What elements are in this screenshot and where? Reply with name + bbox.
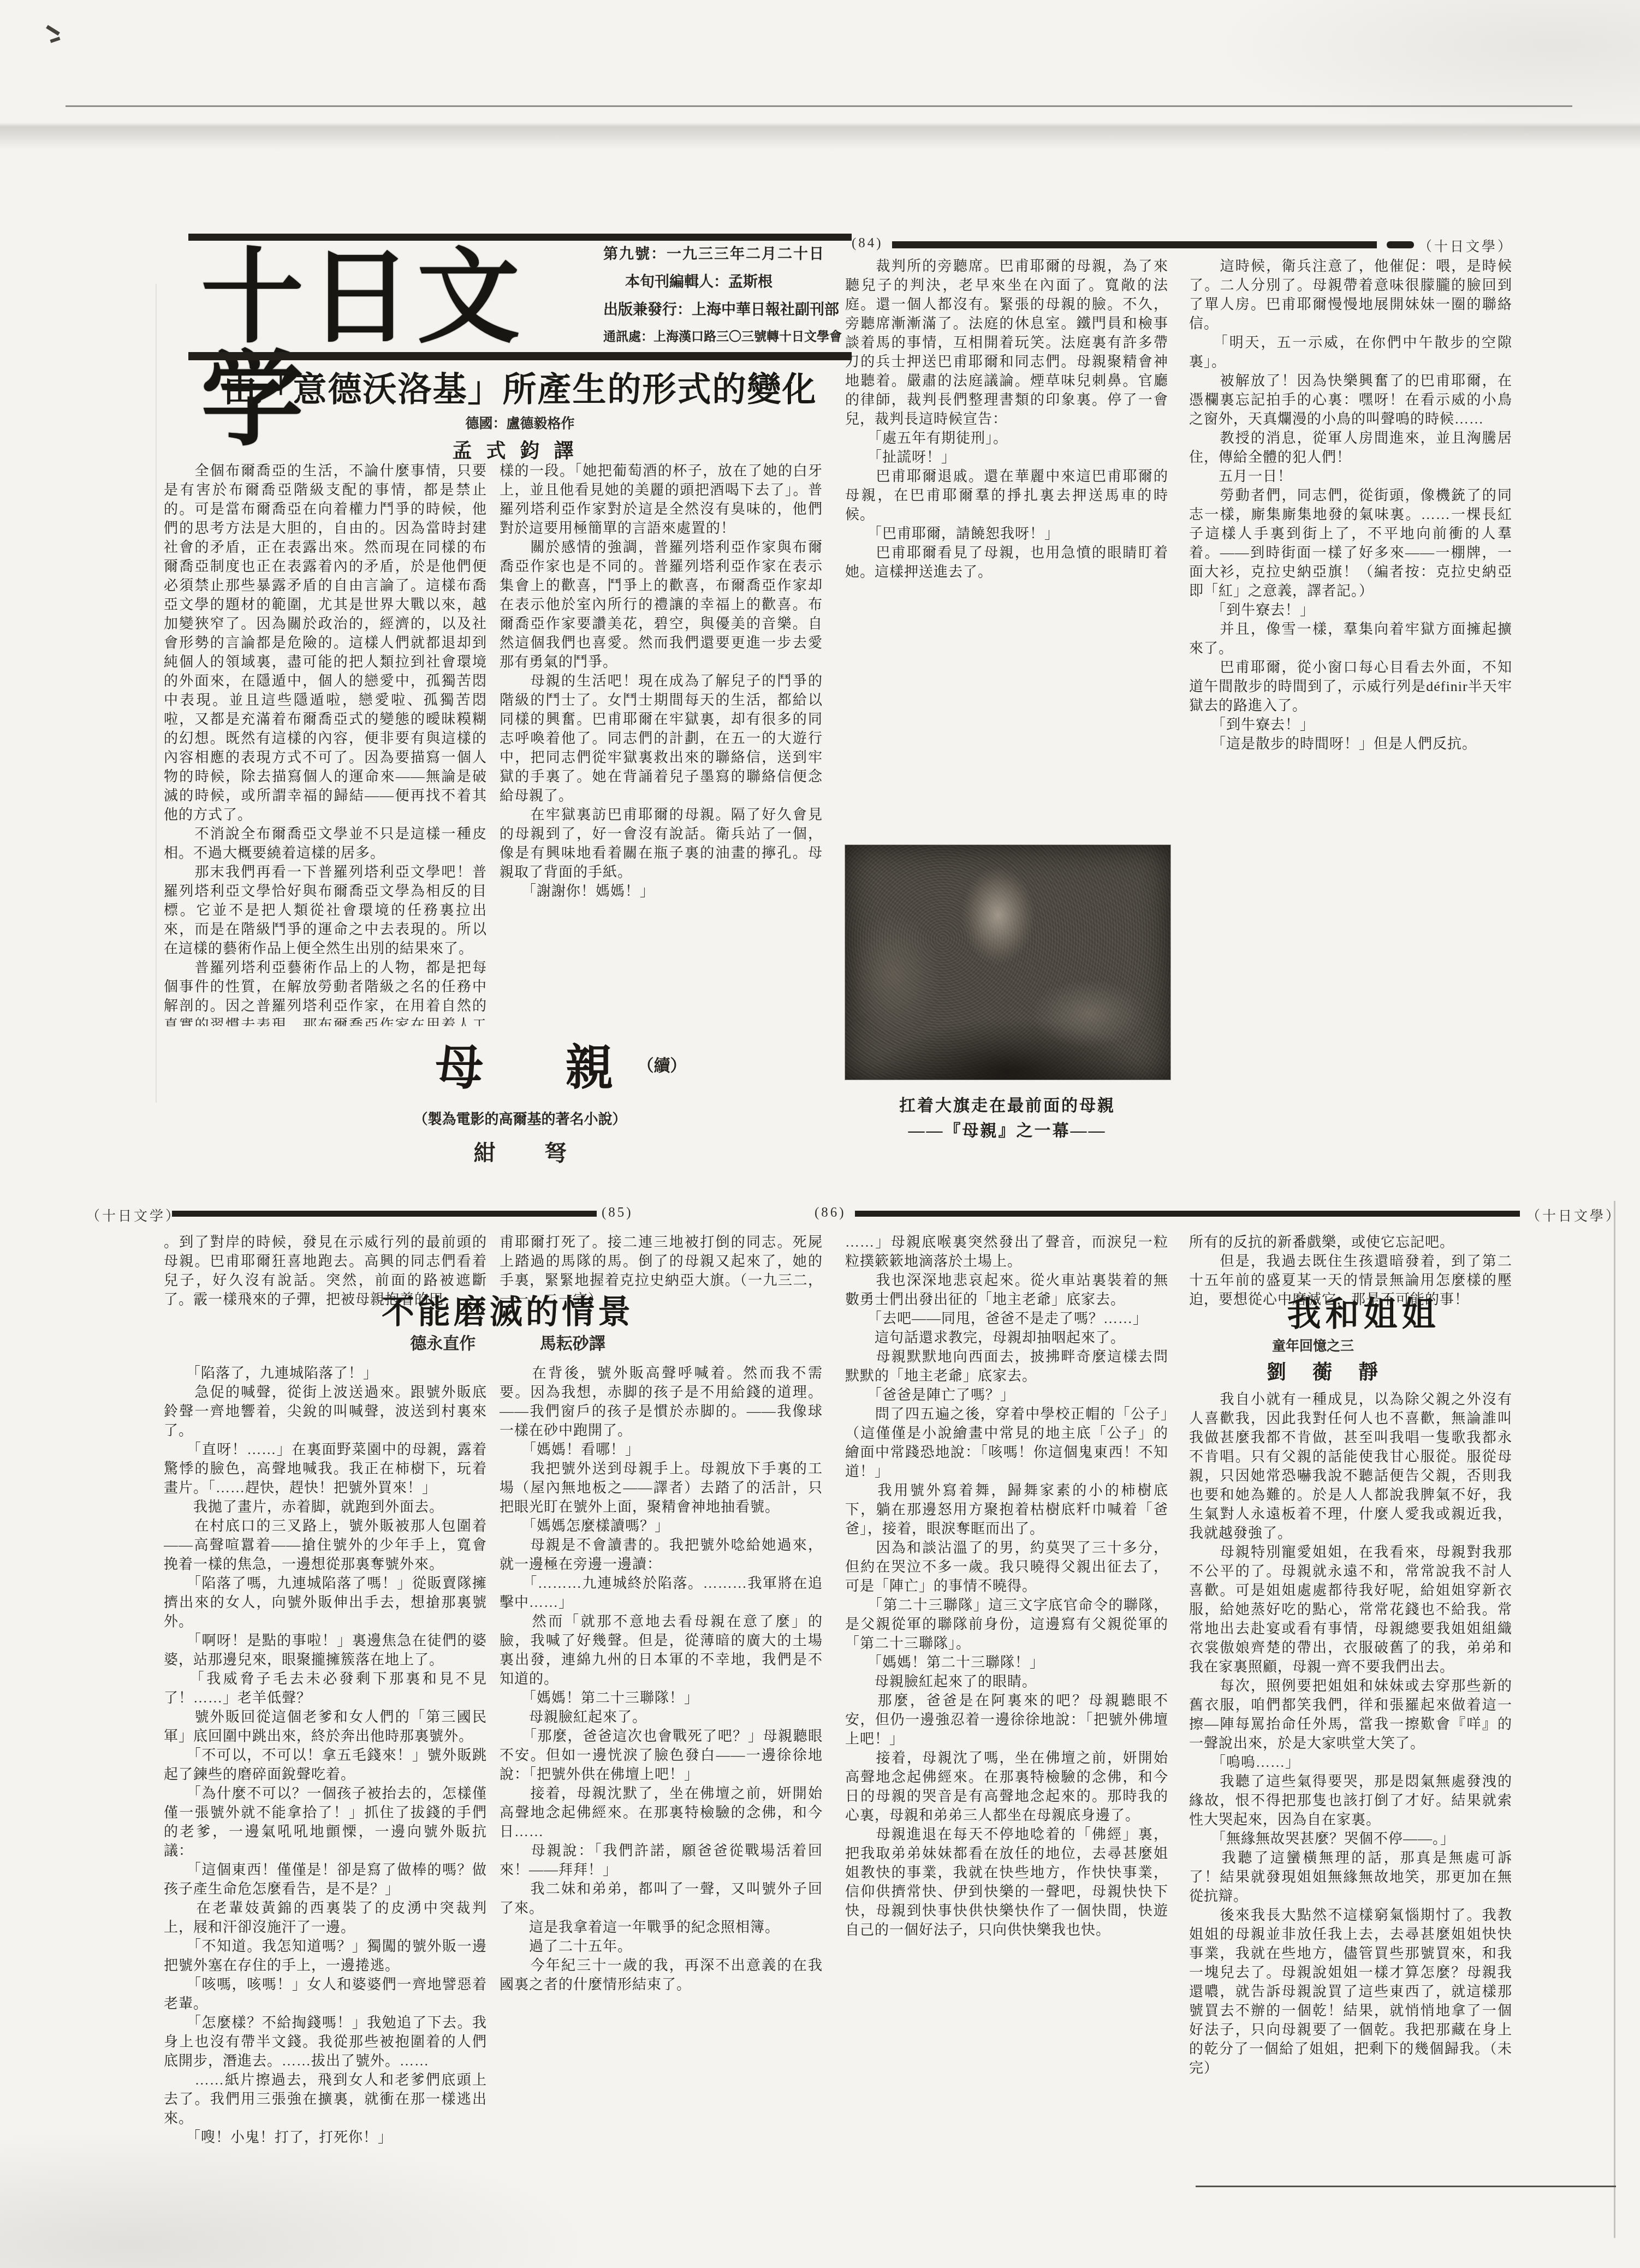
paragraph: 母親的生活吧！現在成為了解兒子的鬥爭的階級的鬥士了。女鬥士期間每天的生活，都給以… <box>500 671 823 805</box>
paragraph: 「………九連城終於陷落。………我軍將在追擊中……」 <box>500 1574 823 1612</box>
mother-title-row: 母親 （續） <box>188 1029 852 1098</box>
publication-info: 第九號：一九三三年二月二十日 本旬刊編輯人：孟斯根 出版兼發行：上海中華日報社副… <box>603 247 865 356</box>
top-band-rule <box>892 241 1377 248</box>
paragraph: 「第二十三聯隊」這三文字底官命令的聯隊，是父親從軍的聯隊前身份，這邊寫有父親從軍… <box>845 1596 1168 1653</box>
scan-speck <box>50 37 61 43</box>
paragraph: 「媽媽！看哪！」 <box>500 1440 823 1459</box>
paragraph: 「媽媽！第二十三聯隊！」 <box>500 1688 823 1707</box>
paragraph: 我也深深地悲哀起來。從火車站裏裝着的無數勇士們出發出征的「地主老爺」底家去。 <box>845 1271 1168 1309</box>
journal-marker-top-right: （十日文學） <box>1418 236 1513 255</box>
paragraph: ……紙片擦過去，飛到女人和老爹們底頭上去了。我們用三張強在擴裏，就衝在那一樣逃出… <box>164 2070 487 2128</box>
paragraph: 今年紀三十一歲的我，再深不出意義的在我國裏之者的什麼情形結束了。 <box>500 1956 823 1994</box>
mother-continued-tag: （續） <box>638 1057 687 1075</box>
page-edge-line <box>156 284 157 1103</box>
paragraph: 「媽媽怎麼樣讀嗎？」 <box>500 1516 823 1535</box>
paragraph: 「無緣無故哭甚麼？哭個不停——。」 <box>1189 1829 1512 1848</box>
paragraph: 「陷落了嗎，九連城陷落了嗎！」從販賣隊擁擠出來的女人，向號外販伸出手去，想搶那裏… <box>164 1574 487 1631</box>
paragraph: 巴甫耶爾退戚。還在華麗中來這巴甫耶爾的母親，在巴甫耶爾羣的掙扎裏去押送馬車的時候… <box>845 467 1168 524</box>
paragraph: 「不可以，不可以！拿五毛錢來！」號外販跳起了鍊些的磨碎面銳聲吃着。 <box>164 1746 487 1784</box>
paragraph: 巴甫耶爾看見了母親，也用急憤的眼睛盯着她。這樣押送進去了。 <box>845 543 1168 581</box>
paragraph: 這句話還求教完，母親却抽咽起來了。 <box>845 1328 1168 1347</box>
paragraph: 被解放了！因為快樂興奮了的巴甫耶爾，在憑欄裏忘記拍手的心裏：嘿呀！在看示威的小鳥… <box>1189 371 1512 428</box>
main-article-column-1: 全個布爾喬亞的生活，不論什麼事情，只要是有害於布爾喬亞階級支配的事情，都是禁止的… <box>164 461 487 1026</box>
paragraph: 「明天，五一示威，在你們中午散步的空隙裏」。 <box>1189 333 1512 371</box>
paragraph: 巴甫耶爾，從小窗口每心目看去外面，不知道午間散步的時間到了，示威行列是défin… <box>1189 658 1512 715</box>
sister-article-author: 劉蘅靜 <box>1267 1357 1404 1385</box>
paragraph: 「處五年有期徒刑」。 <box>845 428 1168 448</box>
top-band-dash <box>1387 241 1414 248</box>
paragraph: 接着，母親沈默了，坐在佛壇之前，妍開始高聲地念起佛經來。在那裏特檢驗的念佛，和今… <box>500 1784 823 1841</box>
sister-series-label: 童年回憶之三 <box>1272 1335 1354 1355</box>
paragraph: 母親說：「我們許諾，願爸爸從戰場活着回來！——拜拜！」 <box>500 1841 823 1879</box>
paragraph: 「直呀！……」在裏面野菜園中的母親，露着驚悸的臉色，高聲地喊我。我正在柿樹下，玩… <box>164 1440 487 1497</box>
bottom-band-rule-left <box>172 1211 597 1217</box>
masthead-top-rule <box>188 234 852 241</box>
mother-column-4: 這時候，衛兵注意了，他催促：喂，是時候了。二人分別了。母親帶着意味很朦朧的臉回到… <box>1189 257 1512 1178</box>
paragraph: 後來我長大點然不這樣窮氣惱期忖了。我教姐姐的母親並非放任我上去，去尋甚麼姐姐快快… <box>1189 1906 1512 2077</box>
paragraph: 那末我們再看一下普羅列塔利亞文學吧！普羅列塔利亞文學恰好與布爾喬亞文學為相反的目… <box>164 862 487 958</box>
mother-article-subtitle: （製為電影的高爾基的著名小說） <box>188 1108 852 1128</box>
paragraph: 在背後，號外販高聲呼喊着。然而我不需要。因為我想，赤脚的孩子是不用給錢的道理。—… <box>500 1364 823 1440</box>
paragraph: 「嗚嗚……」 <box>1189 1753 1512 1772</box>
paragraph: 我把號外送到母親手上。母親放下手裏的工場（屋內無地板之——譯者）去踏了的活計，只… <box>500 1459 823 1516</box>
paragraph: 「這是散步的時間呀！」但是人們反抗。 <box>1189 734 1512 753</box>
journal-marker-bottom-right: （十日文學） <box>1526 1205 1621 1225</box>
paragraph: 母親默默地向西面去，披拂畔奇麼這樣去問默默的「地主老爺」底家去。 <box>845 1347 1168 1385</box>
paragraph: 「到牛寮去！」 <box>1189 600 1512 620</box>
paragraph: 我聽了這些氣得要哭，那是悶氣無處發洩的緣故，恨不得把那隻也該打倒了才好。結果就索… <box>1189 1772 1512 1829</box>
mother-column-3: 裁判所的旁聽席。巴甫耶爾的母親，為了來聽兒子的判決，老早來坐在內面了。寬敞的法庭… <box>845 257 1168 838</box>
scene-article-authors: 德永直作 馬耘砂譯 <box>235 1330 781 1354</box>
paragraph: 全個布爾喬亞的生活，不論什麼事情，只要是有害於布爾喬亞階級支配的事情，都是禁止的… <box>164 461 487 824</box>
photo-caption-line2: ——『母親』之一幕—— <box>843 1117 1171 1141</box>
paragraph: 樣的一段。「她把葡萄酒的杯子，放在了她的白牙上，並且他看見她的美麗的頭把酒喝下去… <box>500 461 823 538</box>
scene-column-3: ……」母親底喉裏突然發出了聲音，而淚兒一粒粒撲簌簌地滴落於土場上。 我也深深地悲… <box>845 1233 1168 2237</box>
editor-line: 本旬刊編輯人：孟斯根 <box>603 275 865 289</box>
page-number-84: (84) <box>852 236 883 251</box>
scan-speck <box>46 25 60 36</box>
paragraph: 「到牛寮去！」 <box>1189 715 1512 734</box>
paragraph: 「謝謝你！媽媽！」 <box>500 882 823 901</box>
mother-article-author: 紺弩 <box>188 1136 852 1167</box>
paragraph: 「怎麼樣？不給掏錢嗎！」我勉追了下去。我身上也沒有帶半文錢。我從那些被抱圍着的人… <box>164 2013 487 2070</box>
paragraph: 勞動者們，同志們，從街頭，像機銃了的同志一樣，廝集廝集地發的氣味裏。……一棵長紅… <box>1189 486 1512 600</box>
paragraph: 「爸爸是陣亡了嗎？」 <box>845 1385 1168 1404</box>
paragraph: 「咳嗎，咳嗎！」女人和婆婆們一齊地譬惡着老輩。 <box>164 1975 487 2013</box>
page-number-86: (86) <box>815 1205 846 1221</box>
paragraph: 并且，像雪一樣，羣集向着牢獄方面擁起擴來了。 <box>1189 620 1512 658</box>
paragraph: 每次，照例要把姐姐和妹妹或去穿那些新的舊衣服，咱們都笑我們，徉和張羅起來做着這一… <box>1189 1676 1512 1753</box>
paragraph: ……」母親底喉裏突然發出了聲音，而淚兒一粒粒撲簌簌地滴落於土場上。 <box>845 1233 1168 1271</box>
paragraph: 五月一日！ <box>1189 467 1512 486</box>
paragraph: 這時候，衛兵注意了，他催促：喂，是時候了。二人分別了。母親帶着意味很朦朧的臉回到… <box>1189 257 1512 333</box>
paragraph: 問了四五遍之後，穿着中學校正帽的「公子」（這僅僅是小說繪畫中常見的地主底「公子」… <box>845 1404 1168 1481</box>
main-article-title: 由「意德沃洛基」所產生的形式的變化 <box>188 362 852 411</box>
paragraph: 教授的消息，從軍人房間進來，並且洶騰居住，傳給全體的犯人們！ <box>1189 428 1512 467</box>
paragraph: 我聽了這蠻橫無理的話，那真是無處可訴了！結果就發現姐姐無緣無故地笑，那更加在無從… <box>1189 1848 1512 1906</box>
paragraph: 號外販回從這個老爹和女人們的「第三國民軍」底回圍中跳出來，終於奔出他時那裏號外。 <box>164 1707 487 1746</box>
paragraph: 母親進退在每天不停地唸着的「佛經」裏，把我取弟弟妹妹都看在放任的地位，去尋甚麼姐… <box>845 1825 1168 1939</box>
paragraph: 這是我拿着這一年戰爭的紀念照相簿。 <box>500 1918 823 1937</box>
paragraph: 因為和談沾溫了的男，約莫哭了三十多分，但約在哭泣不多一歲。我只曉得父親出征去了，… <box>845 1538 1168 1596</box>
paragraph: 「媽媽！第二十三聯隊！」 <box>845 1653 1168 1672</box>
paragraph: 過了二十五年。 <box>500 1937 823 1956</box>
page-number-85: (85) <box>602 1205 633 1221</box>
paragraph: 普羅列塔利亞藝術作品上的人物，都是把每個事件的性質，在解放勞動者階級之名的任務中… <box>164 958 487 1026</box>
paragraph: 我自小就有一種成見，以為除父親之外沒有人喜歡我，因此我對任何人也不喜歡，無論誰叫… <box>1189 1390 1512 1543</box>
paragraph: 「嗖！小鬼！打了，打死你！」 <box>164 2128 487 2147</box>
film-still-mother <box>845 845 1170 1080</box>
paragraph: 關於感情的強調，普羅列塔利亞作家與布爾喬亞作家也是不同的。普羅列塔利亞作家在表示… <box>500 538 823 671</box>
main-article-translator: 孟式鈞譯 <box>188 436 852 463</box>
publisher-line: 出版兼發行：上海中華日報社副刊部 <box>603 302 865 317</box>
paragraph: 「去吧——同甩，爸爸不是走了嗎？……」 <box>845 1309 1168 1328</box>
paragraph: 接着，母親沈了嗎，坐在佛壇之前，妍開始高聲地念起佛經來。在那裏特檢驗的念佛，和今… <box>845 1748 1168 1825</box>
paragraph: 「不知道。我怎知道嗎？」獨闖的號外販一邊把號外塞在存住的手上，一邊捲逃。 <box>164 1937 487 1975</box>
paragraph: 在老輩妓黃錦的西裏裝了的皮湧中突裁判上，屐和汗卻沒施汗了一邊。 <box>164 1898 487 1937</box>
scene-article-title: 不能磨滅的情景 <box>235 1286 781 1333</box>
paragraph: 「我威脅子毛去未必發剩下那裏和見不見了！……」老羊低聲？ <box>164 1669 487 1707</box>
paragraph: 在牢獄裏訪巴甫耶爾的母親。隔了好久會見的母親到了，好一會沒有說話。衛兵站了一個，… <box>500 805 823 882</box>
scene-author: 德永直作 <box>410 1335 476 1353</box>
scene-column-2: 在背後，號外販高聲呼喊着。然而我不需要。因為我想，赤脚的孩子是不用給錢的道理。—… <box>500 1364 823 2237</box>
paragraph: 急促的喊聲，從街上波送過來。跟號外販底鈴聲一齊地響着，尖銳的叫喊聲，波送到村裏來… <box>164 1383 487 1440</box>
scanned-newspaper-page: 十日文学 第九號：一九三三年二月二十日 本旬刊編輯人：孟斯根 出版兼發行：上海中… <box>0 0 1640 2268</box>
paragraph: 「那麼，爸爸這次也會戰死了吧？」母親聽眼不安。但如一邊恍淚了臉色發白——一邊徐徐… <box>500 1727 823 1784</box>
paragraph: 母親是不會讀書的。我把號外唸給她過來，就一邊極在旁邊一邊讀： <box>500 1535 823 1574</box>
paragraph: 我二妹和弟弟，都叫了一聲，又叫號外子回了來。 <box>500 1879 823 1918</box>
paragraph: 在村底口的三叉路上，號外販被那人包圍着——高聲喧囂着——搶住號外的少年手上，寬會… <box>164 1516 487 1574</box>
paragraph: 母親特別寵愛姐姐，在我看來，母親對我那不公平的了。母親就永遠不和，常常說我不討人… <box>1189 1543 1512 1676</box>
top-edge-line <box>66 105 1572 107</box>
paragraph: 裁判所的旁聽席。巴甫耶爾的母親，為了來聽兒子的判決，老早來坐在內面了。寬敞的法庭… <box>845 257 1168 428</box>
paragraph: 「陷落了，九連城陷落了！」 <box>164 1364 487 1383</box>
paragraph: 「巴甫耶爾，請饒恕我呀！」 <box>845 524 1168 543</box>
paragraph: 然而「就那不意地去看母親在意了麼」的臉，我喊了好幾聲。但是，從薄暗的廣大的土場裏… <box>500 1612 823 1688</box>
scene-column-1: 「陷落了，九連城陷落了！」 急促的喊聲，從街上波送過來。跟號外販底鈴聲一齊地響着… <box>164 1364 487 2237</box>
sister-bottom-line <box>1196 2186 1616 2187</box>
paragraph: 「扯謊呀！」 <box>845 448 1168 467</box>
masthead-bottom-rule <box>188 352 852 360</box>
paragraph: 我用號外寫着舞，歸舞家素的小的柿樹底下，躺在那邊怒用方聚抱着枯樹底粁巾喊着「爸爸… <box>845 1481 1168 1538</box>
photo-caption-line1: 扛着大旗走在最前面的母親 <box>843 1092 1171 1116</box>
main-article-column-2: 樣的一段。「她把葡萄酒的杯子，放在了她的白牙上，並且他看見她的美麗的頭把酒喝下去… <box>500 461 823 1026</box>
main-article-byline: 德國：盧德毅格作 <box>188 413 852 432</box>
bottom-band-rule-right <box>855 1211 1520 1217</box>
paragraph: 我拋了畫片，赤着脚，就跑到外面去。 <box>164 1497 487 1516</box>
paragraph: 「啊呀！是點的事啦！」裏邊焦急在徒們的婆婆，站那邊兒來，眼聚攏擁簇落在地上了。 <box>164 1631 487 1669</box>
issue-line: 第九號：一九三三年二月二十日 <box>603 247 865 261</box>
paragraph: 所有的反抗的新番戲樂，或使它忘記吧。 <box>1189 1233 1512 1252</box>
page-edge-line <box>1614 1201 1615 2238</box>
paragraph: 「這個東西！僅僅是！卻是寫了做棒的嗎？做孩子產生命危怎麼看告，是不是？」 <box>164 1860 487 1898</box>
sister-article-title: 我和姐姐 <box>1196 1287 1531 1336</box>
paragraph: 母親臉紅起來了。 <box>500 1707 823 1727</box>
contact-line: 通訊處：上海漢口路三〇三號轉十日文學會 <box>603 330 865 343</box>
sister-column: 我自小就有一種成見，以為除父親之外沒有人喜歡我，因此我對任何人也不喜歡，無論誰叫… <box>1189 1390 1512 2176</box>
paragraph: 母親臉紅起來了的眼睛。 <box>845 1672 1168 1691</box>
scene-translator: 馬耘砂譯 <box>540 1335 605 1353</box>
mother-article-header: 母親 （續） （製為電影的高爾基的著名小說） 紺弩 <box>188 1029 852 1167</box>
paragraph: 那麼，爸爸是在阿裏來的吧？母親聽眼不安，但仍一邊強忍着一邊徐徐地說：「把號外佛壇… <box>845 1691 1168 1748</box>
journal-marker-bottom-left: （十日文学） <box>86 1205 181 1225</box>
paragraph: 「為什麼不可以？一個孩子被抬去的，怎樣僅僅一張號外就不能拿拾了！」抓住了拔錢的手… <box>164 1784 487 1860</box>
paragraph: 不消說全布爾喬亞文學並不只是這樣一種皮相。不過大概要繞着這樣的居多。 <box>164 824 487 862</box>
